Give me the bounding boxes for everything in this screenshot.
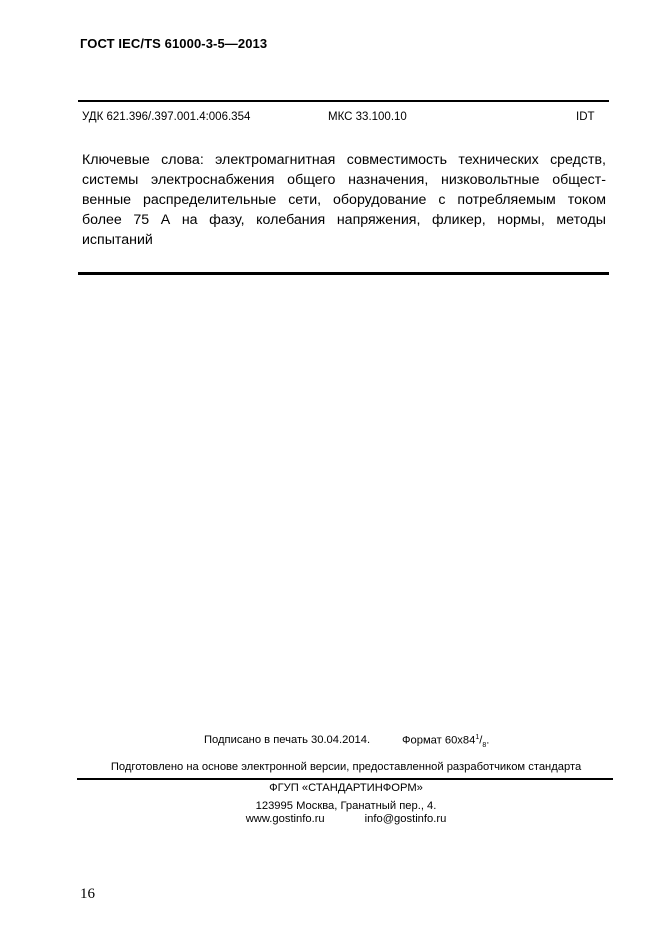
mks-code: МКС 33.100.10 [328,111,407,123]
publisher-address: 123995 Москва, Гранатный пер., 4. [78,800,614,812]
publisher-name: ФГУП «СТАНДАРТИНФОРМ» [78,782,614,794]
document-code: ГОСТ IEC/TS 61000-3-5—2013 [80,36,267,51]
website-link[interactable]: www.gostinfo.ru [246,813,325,825]
keywords-line: Ключевые слова: электромагнитная совмест… [82,150,606,170]
keywords-line: системы электроснабжения общего назначен… [82,170,606,190]
publisher-contacts: www.gostinfo.ruinfo@gostinfo.ru [78,813,614,825]
email-link[interactable]: info@gostinfo.ru [365,813,447,825]
paper-format: Формат 60x841/8. [402,734,489,749]
signed-for-print: Подписано в печать 30.04.2014. [204,734,370,746]
top-divider [78,100,609,102]
format-label: Формат 60x84 [402,735,475,747]
page-number: 16 [80,886,95,903]
idt-label: IDT [576,111,595,123]
prepared-note: Подготовлено на основе электронной верси… [78,761,614,773]
udk-code: УДК 621.396/.397.001.4:006.354 [82,111,250,123]
keywords-paragraph: Ключевые слова: электромагнитная совмест… [82,150,606,250]
format-numerator: 1 [475,734,479,741]
footer-divider [77,778,613,780]
keywords-line: испытаний [82,230,606,250]
format-end: . [486,735,489,747]
keywords-line: венные распределительные сети, оборудова… [82,190,606,210]
keywords-line: более 75 А на фазу, колебания напряжения… [82,210,606,230]
keywords-divider [78,272,609,275]
